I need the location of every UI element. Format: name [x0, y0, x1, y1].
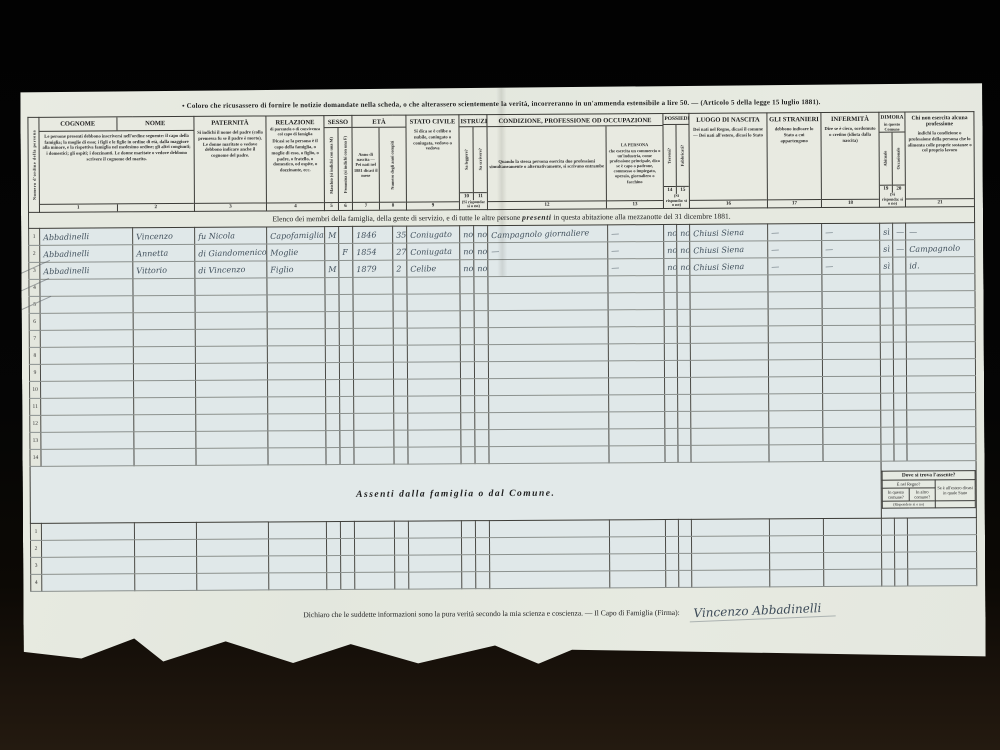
cell	[460, 277, 474, 294]
cell: no	[677, 258, 690, 275]
cell	[770, 553, 824, 570]
cell: Vincenzo	[133, 227, 195, 244]
cell	[665, 445, 678, 462]
cell: 27	[393, 243, 407, 260]
cell	[489, 395, 609, 413]
cell	[267, 329, 325, 346]
cell	[339, 294, 353, 311]
cell	[474, 311, 488, 328]
handwritten-entry: no	[474, 229, 487, 238]
col-num: 5	[325, 202, 338, 210]
cell	[894, 427, 907, 444]
handwritten-entry: no	[460, 264, 473, 273]
cell	[195, 278, 267, 295]
cell: —	[906, 223, 975, 240]
declaration-text: Dichiaro che le suddette informazioni so…	[303, 608, 679, 619]
cell	[267, 312, 325, 329]
cell	[691, 519, 769, 536]
cell	[326, 430, 340, 447]
cell: no	[664, 224, 677, 241]
cell: Abbadinelli	[40, 262, 133, 280]
cell	[326, 521, 340, 538]
cell: —	[768, 258, 822, 275]
presenti-rows: 1AbbadinelliVincenzofu NicolaCapofamigli…	[29, 223, 976, 467]
cell	[325, 311, 339, 328]
cell	[393, 311, 407, 328]
cell	[340, 379, 354, 396]
cell	[407, 362, 460, 379]
handwritten-entry: Chiusi Siena	[690, 261, 744, 271]
cell	[355, 538, 395, 555]
col-num: 16	[690, 199, 767, 207]
column-header-istruzione: ISTRUZIONE Sa leggere? 10 Sa scrivere? 1…	[459, 115, 488, 210]
row-number: 1	[29, 228, 40, 245]
cell	[408, 447, 461, 464]
cell	[407, 277, 460, 294]
cell	[664, 309, 677, 326]
cell	[394, 430, 408, 447]
handwritten-entry: sì	[880, 227, 890, 236]
cell	[677, 343, 690, 360]
handwritten-entry: Celibe	[407, 264, 436, 274]
cell: —	[488, 242, 608, 260]
row-axis-label: Numero d'ordine della persona	[31, 130, 36, 200]
cell	[691, 411, 769, 428]
cell	[768, 292, 822, 309]
cell	[893, 257, 906, 274]
assenti-rows: 1234	[30, 518, 976, 592]
cell	[353, 328, 393, 345]
cell	[133, 329, 195, 346]
cell: 2	[393, 260, 407, 277]
cell: no	[460, 260, 474, 277]
cell	[691, 445, 769, 462]
handwritten-entry: Moglie	[267, 247, 298, 257]
cell	[339, 226, 353, 243]
cell	[769, 377, 823, 394]
cell: no	[474, 243, 488, 260]
handwritten-entry: Coniugato	[407, 229, 452, 239]
cell	[268, 397, 326, 414]
cell	[488, 276, 608, 294]
cell	[677, 275, 690, 292]
cell	[881, 427, 894, 444]
column-header-possiede: POSSIEDE Terreni? 14 Fabbricati? 15 (S	[663, 113, 690, 208]
handwritten-entry: —	[893, 227, 904, 236]
cell	[489, 429, 609, 447]
row-number: 13	[30, 432, 41, 449]
column-header-infermita: INFERMITÀ Dire se è cieco, sordomuto o c…	[821, 112, 880, 207]
cell	[195, 363, 267, 380]
cell	[341, 572, 355, 589]
cell	[326, 379, 340, 396]
cell	[882, 552, 895, 569]
row-number: 10	[30, 381, 41, 398]
col-num: 6	[339, 202, 352, 210]
cell	[462, 572, 476, 589]
cell	[489, 446, 609, 464]
cell	[407, 328, 460, 345]
cell	[895, 552, 908, 569]
cell	[41, 523, 134, 541]
handwritten-entry: Coniugata	[407, 246, 452, 256]
cell	[407, 345, 460, 362]
cell	[133, 312, 195, 329]
row-number: 6	[29, 313, 40, 330]
cell	[906, 325, 975, 342]
cell	[460, 311, 474, 328]
cell	[134, 431, 196, 448]
cell	[906, 308, 975, 325]
cell	[461, 447, 475, 464]
column-header-stranieri: GLI STRANIERI debbono indicare lo Stato …	[767, 113, 822, 208]
cell	[339, 277, 353, 294]
cell	[893, 274, 906, 291]
cell	[340, 430, 354, 447]
cell	[770, 536, 824, 553]
cell: Capofamiglia	[267, 227, 325, 244]
row-number: 2	[29, 245, 40, 262]
cell	[895, 535, 908, 552]
cell	[395, 555, 409, 572]
cell	[769, 394, 823, 411]
cell	[460, 294, 474, 311]
col-num: 7	[353, 202, 379, 210]
col-num: 17	[768, 199, 821, 207]
cell: Coniugata	[407, 243, 460, 260]
cell	[461, 521, 475, 538]
cell	[196, 448, 268, 465]
cell	[880, 274, 893, 291]
cell	[133, 363, 195, 380]
cell	[880, 359, 893, 376]
cell	[664, 326, 677, 343]
cell	[691, 428, 769, 445]
cell: —	[822, 223, 880, 240]
cell: Chiusi Siena	[690, 241, 768, 258]
column-header-relazione: RELAZIONE di parentela o di convivenza c…	[266, 116, 325, 211]
cell	[461, 413, 475, 430]
cell	[610, 537, 666, 554]
cell	[354, 430, 394, 447]
cell	[340, 396, 354, 413]
cell	[475, 447, 489, 464]
cell	[880, 342, 893, 359]
row-number: 4	[31, 574, 42, 591]
handwritten-entry: no	[460, 247, 473, 256]
handwritten-entry: 35	[393, 230, 406, 239]
cell	[768, 275, 822, 292]
cell	[354, 521, 394, 538]
cell: Vittorio	[133, 261, 195, 278]
cell	[40, 279, 133, 297]
cell	[823, 427, 881, 444]
handwritten-entry: no	[677, 245, 690, 254]
cell	[133, 295, 195, 312]
handwritten-entry: 1846	[353, 230, 377, 240]
cell	[134, 448, 196, 465]
row-number: 12	[30, 415, 41, 432]
cell	[394, 379, 408, 396]
assente-location-box: Dove si trova l'assente? È nel Regno? Se…	[881, 461, 976, 519]
cell: Abbadinelli	[40, 228, 133, 246]
cell	[325, 328, 339, 345]
handwritten-entry: no	[664, 262, 677, 271]
cell	[134, 539, 196, 556]
cell	[135, 556, 197, 573]
cell	[679, 536, 692, 553]
cell	[691, 377, 769, 394]
assente-estero-label: Se è all'estero dicasi in quale Stato	[935, 479, 975, 501]
cell	[394, 396, 408, 413]
cell: —	[608, 242, 664, 259]
cell	[489, 520, 609, 538]
handwritten-entry: Abbadinelli	[40, 249, 89, 259]
cell	[394, 447, 408, 464]
cell	[134, 397, 196, 414]
cell	[893, 342, 906, 359]
cell	[40, 330, 133, 348]
cell	[690, 309, 768, 326]
declaration-line: Dichiaro che le suddette informazioni so…	[30, 602, 978, 624]
handwritten-entry: —	[822, 244, 833, 253]
col-num: 9	[407, 201, 459, 209]
cell	[768, 326, 822, 343]
handwritten-entry: Annetta	[133, 248, 168, 258]
cell	[196, 522, 268, 539]
cell: F	[339, 243, 353, 260]
handwritten-entry: sì	[880, 244, 890, 253]
cell	[461, 379, 475, 396]
handwritten-entry: di Vincenzo	[195, 265, 245, 275]
cell: no	[664, 258, 677, 275]
cell	[461, 396, 475, 413]
cell	[195, 312, 267, 329]
cell	[40, 347, 133, 365]
handwritten-entry: Chiusi Siena	[690, 244, 744, 254]
cell: M	[325, 261, 339, 278]
col-num: 18	[822, 199, 879, 207]
cell	[908, 552, 977, 569]
cell	[490, 537, 610, 555]
cell	[325, 345, 339, 362]
cell	[609, 446, 665, 463]
cell	[824, 569, 882, 586]
cell	[393, 345, 407, 362]
cell	[41, 449, 134, 467]
cell	[488, 259, 608, 277]
cell: —	[608, 225, 664, 242]
cell: 35	[393, 226, 407, 243]
cell	[880, 291, 893, 308]
cell: —	[822, 240, 880, 257]
cell	[196, 431, 268, 448]
cell	[268, 448, 326, 465]
handwritten-entry: —	[822, 261, 833, 270]
handwritten-entry: —	[608, 229, 619, 238]
cell	[267, 363, 325, 380]
cell: no	[677, 241, 690, 258]
cell	[341, 538, 355, 555]
cell	[609, 520, 665, 537]
cell: Chiusi Siena	[690, 258, 768, 275]
row-number: 3	[31, 557, 42, 574]
cell	[769, 519, 823, 536]
cell	[133, 346, 195, 363]
cell	[339, 311, 353, 328]
cell	[665, 394, 678, 411]
cell	[908, 569, 977, 586]
cell	[906, 291, 975, 308]
cell	[768, 343, 822, 360]
cell	[906, 359, 975, 376]
cell	[677, 360, 690, 377]
cell	[407, 294, 460, 311]
cell	[823, 376, 881, 393]
cell	[822, 274, 880, 291]
cell	[355, 555, 395, 572]
cell	[326, 447, 340, 464]
cell	[824, 552, 882, 569]
col-num: 1	[40, 204, 117, 211]
cell	[355, 572, 395, 589]
cell	[692, 536, 770, 553]
cognome-title: COGNOME	[39, 117, 116, 130]
cell	[893, 325, 906, 342]
cell	[327, 555, 341, 572]
handwritten-entry: no	[664, 245, 677, 254]
column-header-row-number: Numero d'ordine della persona	[28, 117, 40, 212]
col-num: 4	[267, 202, 324, 210]
row-number: 7	[29, 330, 40, 347]
cell	[354, 396, 394, 413]
cell	[895, 569, 908, 586]
handwritten-entry: no	[664, 228, 677, 237]
handwritten-entry: 27	[393, 247, 406, 256]
cell	[823, 444, 881, 461]
cell	[608, 327, 664, 344]
cell	[196, 414, 268, 431]
cell	[408, 413, 461, 430]
handwritten-entry: —	[906, 227, 917, 236]
cell	[269, 573, 327, 590]
cell	[41, 415, 134, 433]
cell	[894, 444, 907, 461]
cell	[882, 569, 895, 586]
cell	[353, 311, 393, 328]
cell: —	[822, 257, 880, 274]
handwritten-entry: —	[822, 227, 833, 236]
cell	[822, 325, 880, 342]
cell	[664, 360, 677, 377]
handwritten-entry: Abbadinelli	[40, 232, 89, 242]
cell: —	[893, 223, 906, 240]
cell	[476, 538, 490, 555]
cell	[881, 410, 894, 427]
cell: Chiusi Siena	[690, 224, 768, 241]
handwritten-entry: F	[339, 247, 348, 256]
cell	[690, 343, 768, 360]
cell	[609, 429, 665, 446]
cell	[488, 293, 608, 311]
cell	[474, 345, 488, 362]
cell	[475, 379, 489, 396]
presenti-banner-text: Elenco dei membri della famiglia, della …	[272, 212, 730, 224]
cell	[880, 325, 893, 342]
cell	[894, 376, 907, 393]
cell	[679, 570, 692, 587]
cell	[489, 412, 609, 430]
cell	[824, 535, 882, 552]
cell	[665, 377, 678, 394]
cell	[195, 346, 267, 363]
cell	[341, 555, 355, 572]
cell	[268, 414, 326, 431]
cell	[460, 345, 474, 362]
row-number: 8	[29, 347, 40, 364]
cell	[692, 570, 770, 587]
cell	[608, 310, 664, 327]
cell	[41, 381, 134, 399]
column-header-nessuna-professione: Chi non esercita alcuna professione indi…	[905, 112, 975, 207]
head-of-family-signature: Vincenzo Abbadinelli	[689, 600, 836, 622]
cell: sì	[880, 257, 893, 274]
cell: sì	[880, 223, 893, 240]
cell	[893, 359, 906, 376]
cell	[907, 518, 976, 535]
handwritten-entry: Figlio	[267, 265, 293, 275]
cell	[41, 398, 134, 416]
cell	[823, 410, 881, 427]
cell	[608, 344, 664, 361]
cell	[339, 362, 353, 379]
cell: Campagnolo giornaliere	[488, 225, 608, 243]
cell	[907, 444, 976, 461]
handwritten-entry: —	[488, 246, 499, 255]
cell	[822, 308, 880, 325]
cell	[822, 342, 880, 359]
handwritten-entry: Vincenzo	[133, 231, 173, 241]
cell	[894, 518, 907, 535]
cell	[196, 380, 268, 397]
cell: Celibe	[407, 260, 460, 277]
col-num: 21	[906, 198, 974, 206]
cell	[196, 397, 268, 414]
cell	[353, 294, 393, 311]
cell: 1879	[353, 260, 393, 277]
cell	[608, 361, 664, 378]
cell	[134, 414, 196, 431]
cell	[678, 445, 691, 462]
col-num: 3	[195, 202, 266, 210]
cell	[907, 376, 976, 393]
row-number: 11	[30, 398, 41, 415]
cell	[395, 572, 409, 589]
cell	[339, 328, 353, 345]
cell	[666, 553, 679, 570]
cell: fu Nicola	[195, 227, 267, 244]
cell	[325, 278, 339, 295]
cell	[353, 345, 393, 362]
cell	[678, 519, 691, 536]
cell: di Vincenzo	[195, 261, 267, 278]
cell	[475, 396, 489, 413]
cell	[609, 412, 665, 429]
handwritten-entry: 1879	[353, 264, 377, 274]
cell	[823, 393, 881, 410]
cell	[474, 328, 488, 345]
cell	[609, 395, 665, 412]
